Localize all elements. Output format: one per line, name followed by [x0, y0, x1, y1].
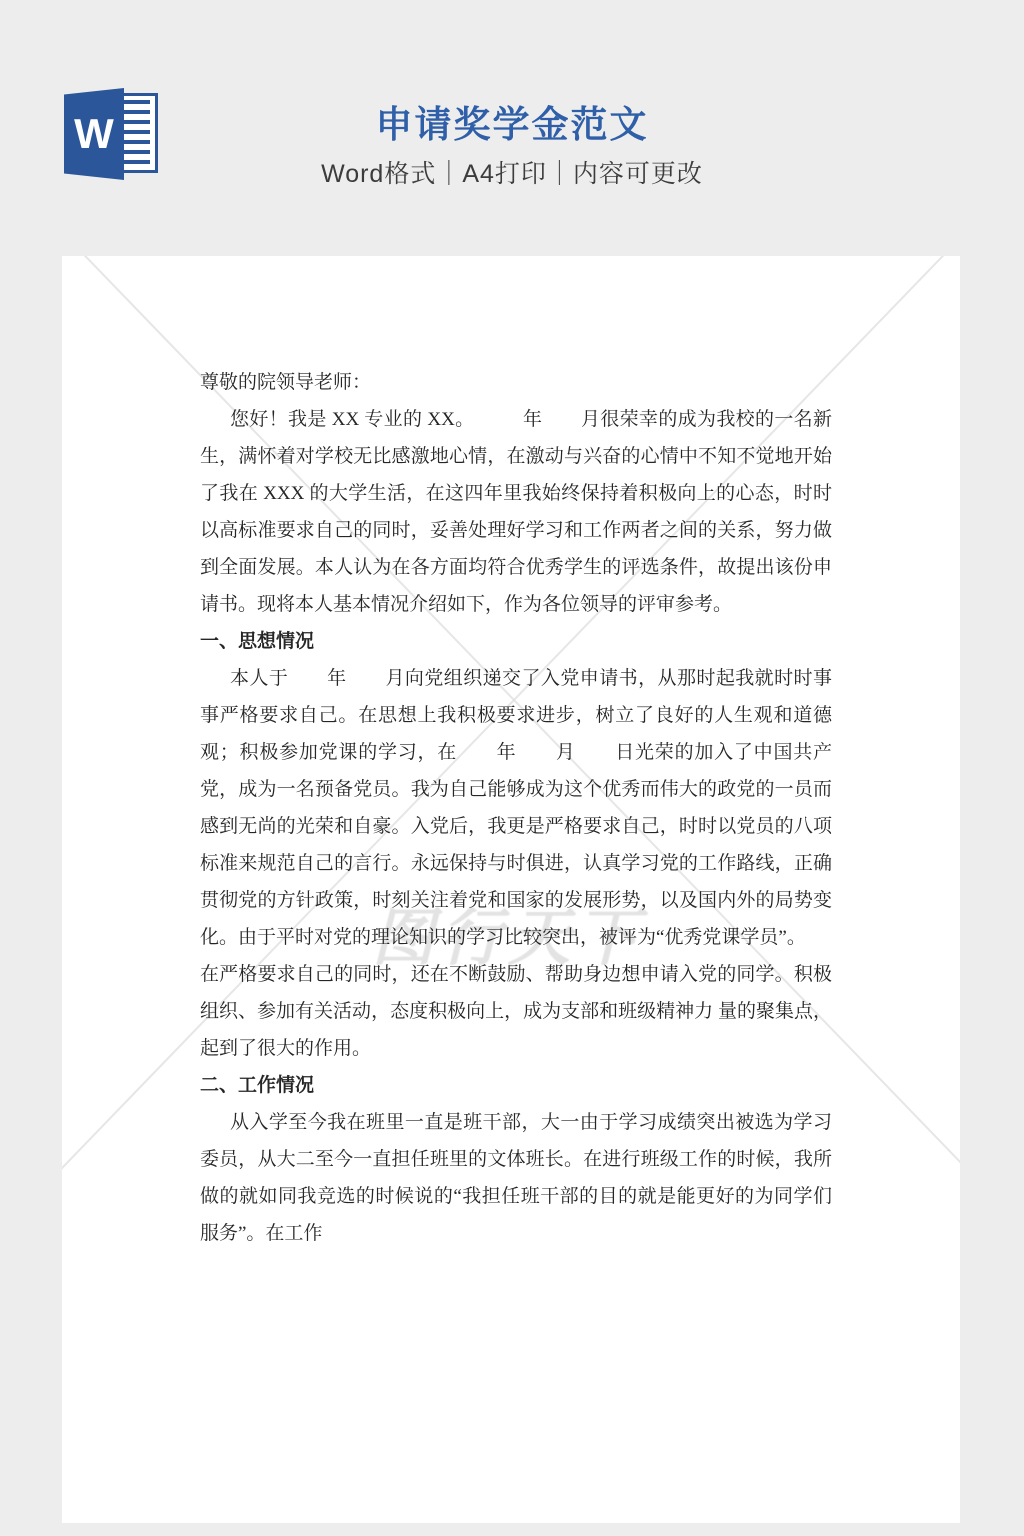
template-preview-page: { "colors": { "background": "#ededed", "… — [0, 0, 1024, 1536]
paragraph-thought-1: 本人于 年 月向党组织递交了入党申请书，从那时起我就时时事事严格要求自己。在思想… — [200, 660, 832, 956]
header: W 申请奖学金范文 Word格式｜A4打印｜内容可更改 — [0, 0, 1024, 256]
salutation: 尊敬的院领导老师： — [200, 364, 832, 401]
paragraph-work-1: 从入学至今我在班里一直是班干部，大一由于学习成绩突出被选为学习委员，从大二至今一… — [200, 1104, 832, 1252]
document-content: 尊敬的院领导老师： 您好！我是 XX 专业的 XX。 年 月很荣幸的成为我校的一… — [200, 364, 832, 1252]
document-sheet: 图行天下 尊敬的院领导老师： 您好！我是 XX 专业的 XX。 年 月很荣幸的成… — [62, 256, 960, 1523]
heading-thought-situation: 一、思想情况 — [200, 623, 832, 660]
page-title: 申请奖学金范文 — [0, 94, 1024, 148]
heading-work-situation: 二、工作情况 — [200, 1067, 832, 1104]
paragraph-intro: 您好！我是 XX 专业的 XX。 年 月很荣幸的成为我校的一名新生，满怀着对学校… — [200, 401, 832, 623]
page-subtitle: Word格式｜A4打印｜内容可更改 — [0, 154, 1024, 190]
paragraph-thought-2: 在严格要求自己的同时，还在不断鼓励、帮助身边想申请入党的同学。积极组织、参加有关… — [200, 956, 832, 1067]
